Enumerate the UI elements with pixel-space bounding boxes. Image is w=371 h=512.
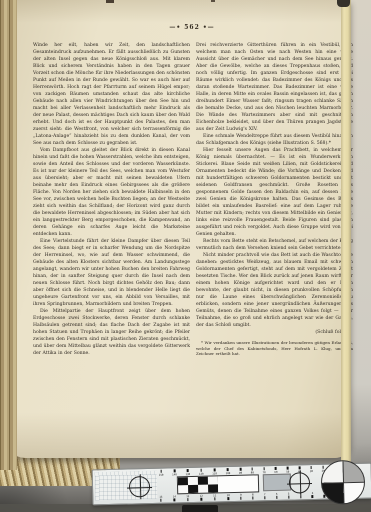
paragraph: Die Mittelpartie der Hauptfront zeigt üb… [33,308,190,357]
paragraph: Winde her eilt, haben wir Zeit, den land… [33,42,190,147]
ruler-tick: 14 [173,495,176,502]
text-column-left: Winde her eilt, haben wir Zeit, den land… [33,42,190,452]
paragraph: Hier fesselt unsere Augen das Prachtbett… [196,147,353,238]
ruler-tick: 13 [186,495,189,502]
paragraph: Rechts vom Bette steht ein Betschemel, a… [196,238,353,252]
ruler-tick: 9 [240,493,242,500]
ruler-tick: 80 [251,467,254,474]
ruler-tick: 130 [185,469,190,476]
ruler-tick: 7 [264,493,266,500]
scanned-page-photo: —• 562 •— Winde her eilt, haben wir Zeit… [0,0,371,512]
ruler-tick: 30 [310,466,313,473]
ruler-tick: 140 [172,469,177,476]
scanner-bed-dark-mark [182,505,218,512]
ruler-tick: 70 [262,467,265,474]
ruler-tick: 150 [159,470,164,477]
ruler-tick: 120 [199,469,204,476]
scan-artifact [106,0,114,3]
checkerboard-patch [177,474,259,494]
ruler-tick: 15 [159,495,162,502]
scan-artifact [337,0,350,7]
ruler-tick: 60 [274,467,277,474]
paragraph: Nicht minder prachtvoll wie das Bett ist… [196,252,353,329]
ruler-tick: 11 [213,494,216,501]
paragraph: * Wir verdanken unsere Illustrationen de… [196,340,353,357]
ruler-tick: 8 [252,493,254,500]
ruler-tick: 5 [288,492,290,499]
book-spine-page-edges [0,0,17,470]
ruler-tick: 100 [225,468,230,475]
paragraph: Drei reichverzierte Gitterthüren führen … [196,42,353,133]
page-right-edge [341,0,351,462]
paragraph: Vom Dampfboot aus gleitet der Blick dire… [33,147,190,238]
registration-crosshair-icon [289,472,311,494]
ruler-tick: 3 [312,492,314,499]
ruler-tick: 110 [212,468,217,475]
paragraph: Eine schmale Wendeltreppe führt aus dies… [196,133,353,147]
ruler-tick: 12 [200,494,203,501]
ruler-tick: 6 [276,492,278,499]
calibration-ruler: 150140130120110100908070605040302010 151… [92,463,371,506]
text-column-right: Drei reichverzierte Gitterthüren führen … [196,42,353,452]
quadrant-target-icon [320,460,365,505]
ruler-tick: 90 [239,468,242,475]
ruler-tick: 10 [227,494,230,501]
paragraph: Eine Viertelstunde fährt der kleine Damp… [33,238,190,308]
checkerboard-squares [178,476,218,493]
scan-artifact [211,0,215,2]
page-number: —• 562 •— [32,24,352,31]
paragraph: (Schluß folgt.) [196,329,353,336]
book-page: —• 562 •— Winde her eilt, haben wir Zeit… [4,0,351,458]
ruler-tick: 50 [286,467,289,474]
